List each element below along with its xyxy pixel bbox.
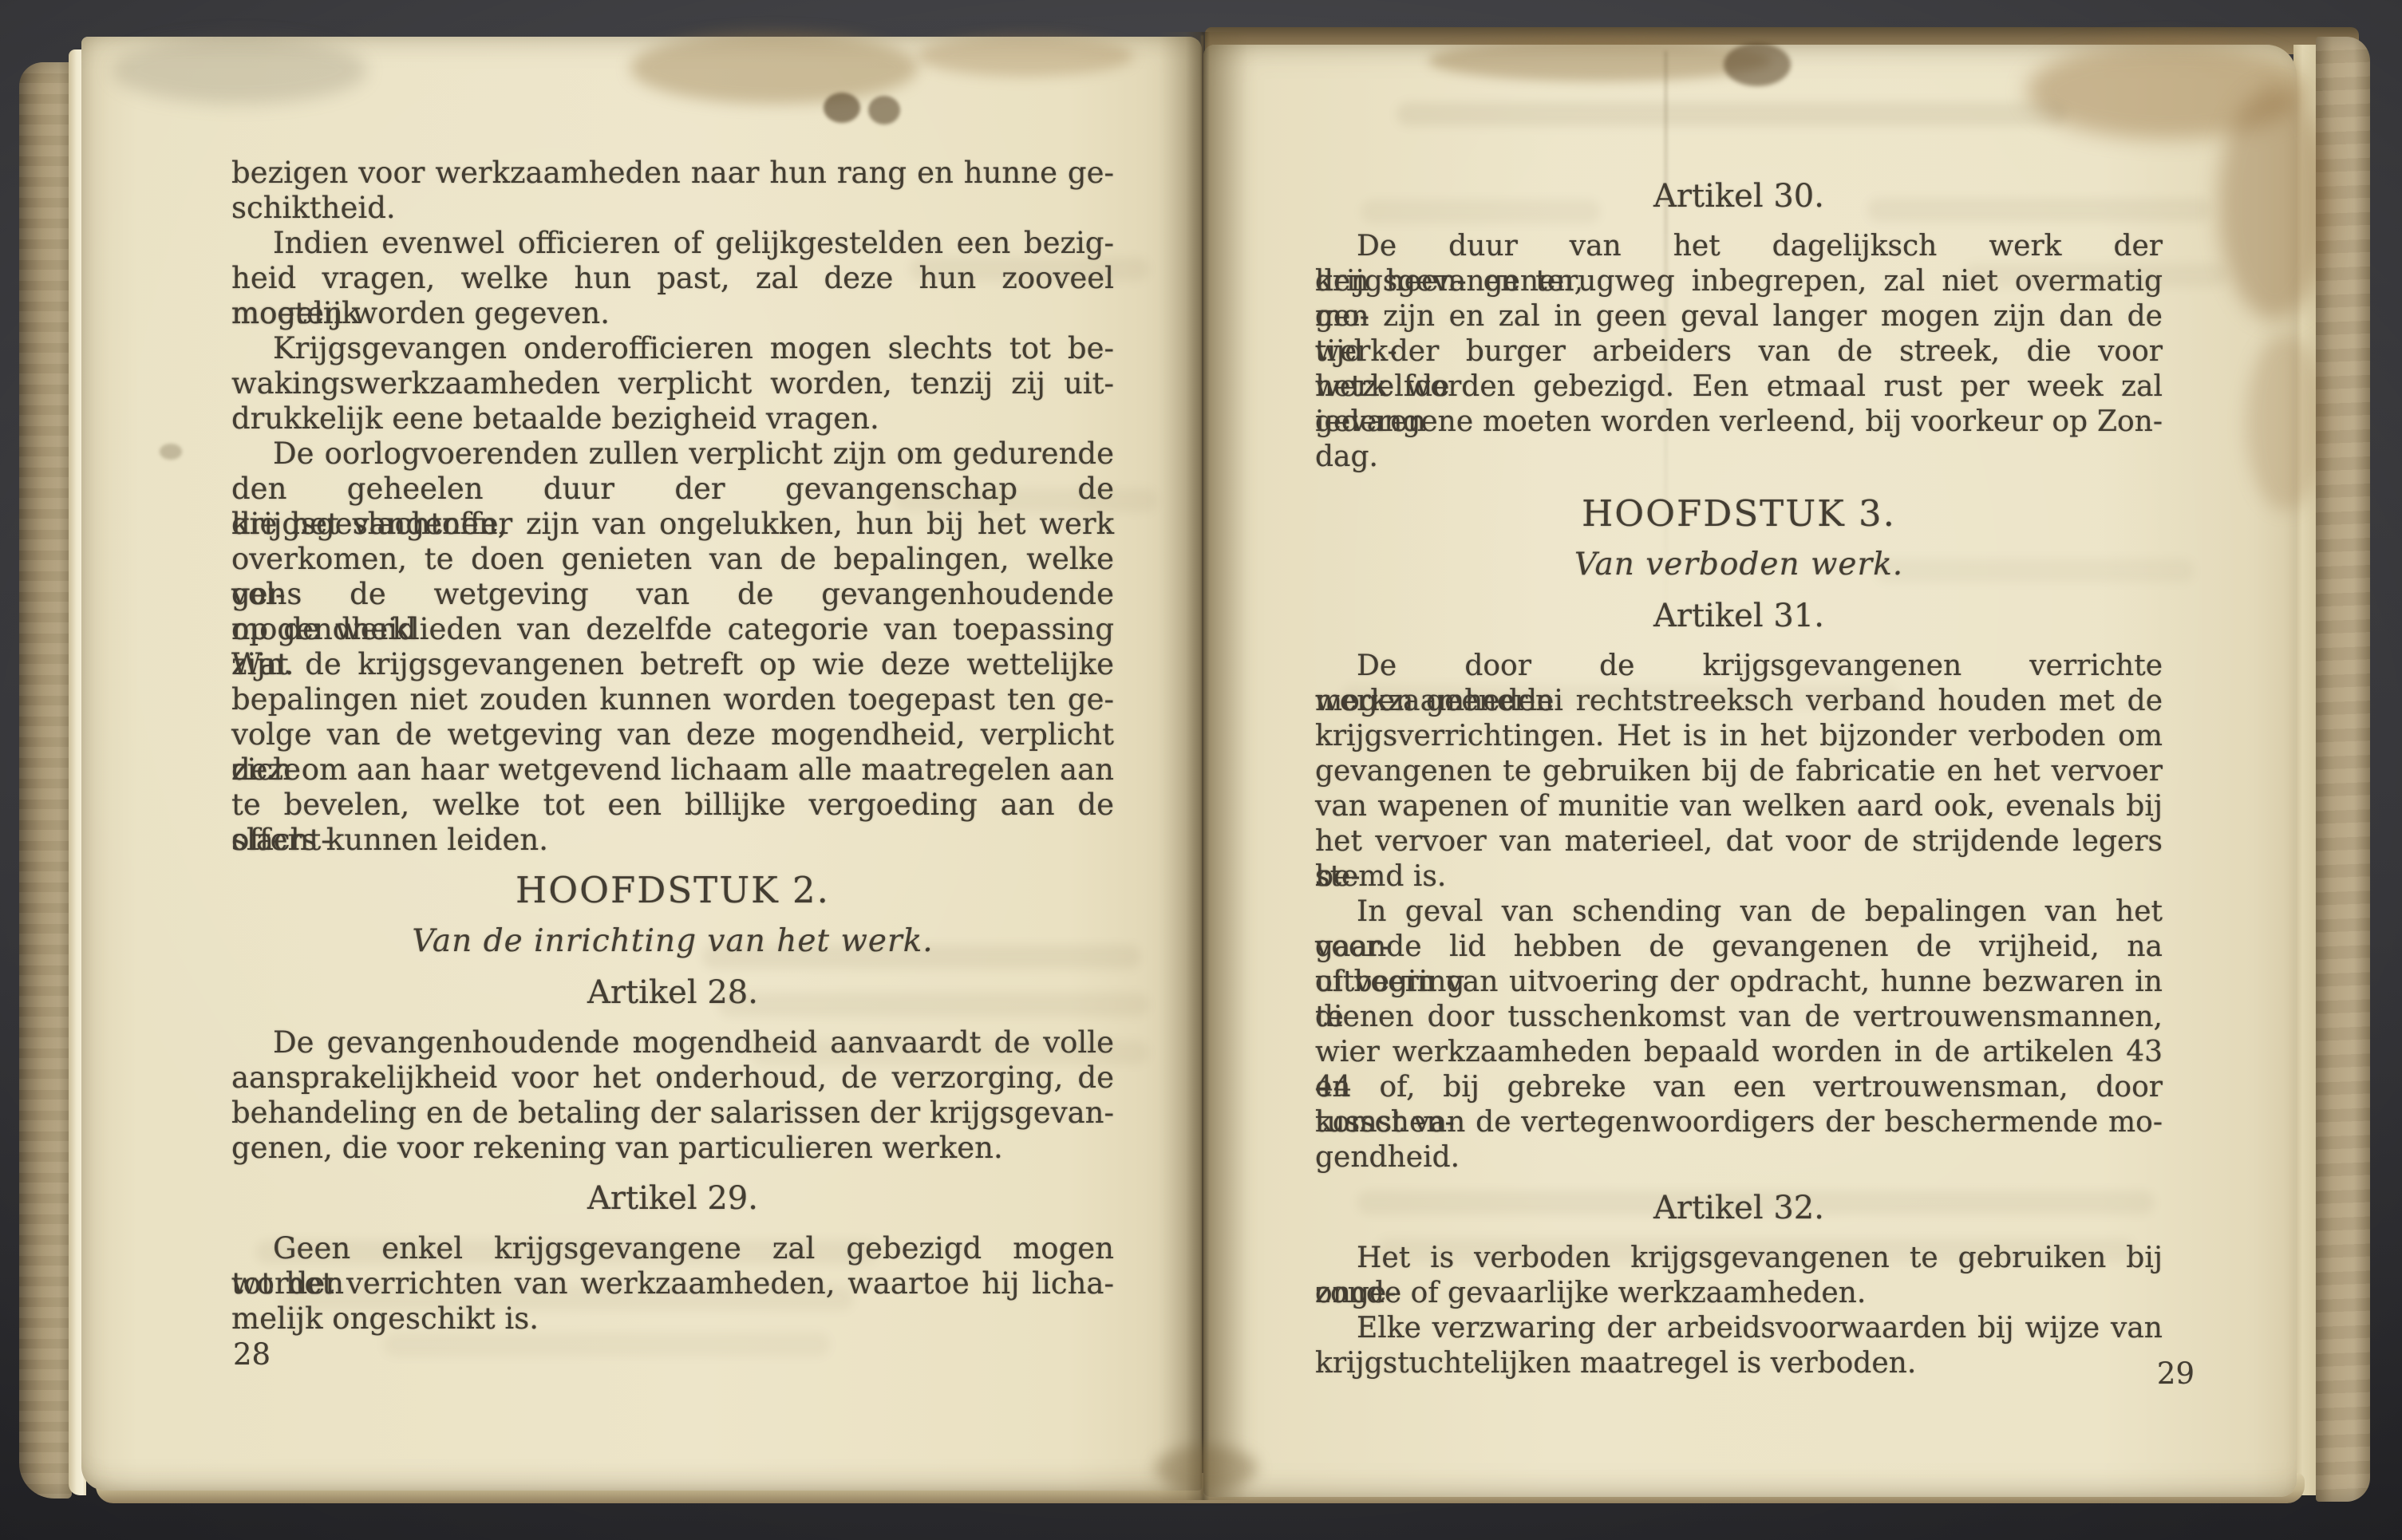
book-fore-edge-left bbox=[19, 62, 72, 1499]
text-line: overkomen, te doen genieten van de bepal… bbox=[231, 542, 1114, 577]
text-line: gendheid. bbox=[1315, 1140, 2163, 1175]
book-cover-edge-right bbox=[2316, 37, 2370, 1502]
text-line: tijd der burger arbeiders van de streek,… bbox=[1315, 334, 2163, 369]
gutter-fold-line bbox=[1201, 35, 1203, 1495]
text-line: 44 of, bij gebreke van een vertrouwensma… bbox=[1315, 1070, 2163, 1105]
left-page-text: bezigen voor werkzaamheden naar hun rang… bbox=[231, 156, 1114, 1337]
paragraph: De gevangenhoudende mogendheid aanvaardt… bbox=[231, 1025, 1114, 1166]
article-heading: Artikel 31. bbox=[1315, 598, 2163, 634]
text-line: schiktheid. bbox=[231, 191, 1114, 226]
text-line: bepalingen niet zouden kunnen worden toe… bbox=[231, 682, 1114, 717]
article-heading: Artikel 29. bbox=[231, 1180, 1114, 1217]
text-line: bezigen voor werkzaamheden naar hun rang… bbox=[231, 156, 1114, 191]
text-line: volge van de wetgeving van deze mogendhe… bbox=[231, 717, 1114, 752]
paragraph: bezigen voor werkzaamheden naar hun rang… bbox=[231, 156, 1114, 226]
text-line: In geval van schending van de bepalingen… bbox=[1315, 894, 2163, 930]
text-line: dienen door tusschenkomst van de vertrou… bbox=[1315, 1000, 2163, 1035]
paragraph: In geval van schending van de bepalingen… bbox=[1315, 894, 2163, 1175]
text-line: dag. bbox=[1315, 440, 2163, 475]
text-line: gaande lid hebben de gevangenen de vrijh… bbox=[1315, 930, 2163, 965]
text-line: aansprakelijkheid voor het onderhoud, de… bbox=[231, 1060, 1114, 1096]
text-line: die het slachtoffer zijn van ongelukken,… bbox=[231, 507, 1114, 542]
text-line: Wat de krijgsgevangenen betreft op wie d… bbox=[231, 647, 1114, 682]
text-line: te bevelen, welke tot een billijke vergo… bbox=[231, 788, 1114, 823]
text-line: zich om aan haar wetgevend lichaam alle … bbox=[231, 752, 1114, 788]
paragraph: Indien evenwel officieren of gelijkgeste… bbox=[231, 226, 1114, 331]
text-line: zonde of gevaarlijke werkzaamheden. bbox=[1315, 1276, 2163, 1311]
article-heading: Artikel 32. bbox=[1315, 1190, 2163, 1226]
text-line: gen zijn en zal in geen geval langer mog… bbox=[1315, 299, 2163, 334]
paragraph: Het is verboden krijgsgevangenen te gebr… bbox=[1315, 1241, 2163, 1311]
page-number-right: 29 bbox=[2043, 1356, 2195, 1391]
text-line: werk worden gebezigd. Een etmaal rust pe… bbox=[1315, 369, 2163, 405]
right-page-text: Artikel 30.De duur van het dagelijksch w… bbox=[1315, 164, 2163, 1381]
text-line: wier werkzaamheden bepaald worden in de … bbox=[1315, 1035, 2163, 1070]
paragraph: Geen enkel krijgsgevangene zal gebezigd … bbox=[231, 1231, 1114, 1337]
text-line: of begin van uitvoering der opdracht, hu… bbox=[1315, 965, 2163, 1000]
book-scan-photo: bezigen voor werkzaamheden naar hun rang… bbox=[0, 0, 2402, 1540]
article-heading: Artikel 30. bbox=[1315, 178, 2163, 215]
section-heading: Van verboden werk. bbox=[1315, 547, 2163, 583]
text-line: Geen enkel krijgsgevangene zal gebezigd … bbox=[231, 1231, 1114, 1266]
text-line: offers kunnen leiden. bbox=[231, 823, 1114, 858]
chapter-heading: HOOFDSTUK 3. bbox=[1315, 494, 2163, 534]
text-line: den geheelen duur der gevangenschap de k… bbox=[231, 472, 1114, 507]
paragraph: Elke verzwaring der arbeidsvoorwaarden b… bbox=[1315, 1311, 2163, 1381]
text-line: mogen geenerlei rechtstreeksch verband h… bbox=[1315, 684, 2163, 719]
text-line: gevangene moeten worden verleend, bij vo… bbox=[1315, 405, 2163, 440]
text-line: genen, die voor rekening van particulier… bbox=[231, 1131, 1114, 1166]
text-line: behandeling en de betaling der salarisse… bbox=[231, 1096, 1114, 1131]
text-line: De gevangenhoudende mogendheid aanvaardt… bbox=[231, 1025, 1114, 1060]
text-line: gevangenen te gebruiken bij de fabricati… bbox=[1315, 754, 2163, 789]
text-line: Krijgsgevangen onderofficieren mogen sle… bbox=[231, 331, 1114, 366]
text-line: den heen- en terugweg inbegrepen, zal ni… bbox=[1315, 264, 2163, 299]
section-heading: Van de inrichting van het werk. bbox=[231, 923, 1114, 960]
text-line: Het is verboden krijgsgevangenen te gebr… bbox=[1315, 1241, 2163, 1276]
paragraph: Krijgsgevangen onderofficieren mogen sle… bbox=[231, 331, 1114, 436]
paragraph: De door de krijgsgevangenen verrichte we… bbox=[1315, 649, 2163, 894]
paragraph: De duur van het dagelijksch werk der kri… bbox=[1315, 229, 2163, 475]
text-line: De door de krijgsgevangenen verrichte we… bbox=[1315, 649, 2163, 684]
text-line: wakingswerkzaamheden verplicht worden, t… bbox=[231, 366, 1114, 401]
paragraph: De oorlogvoerenden zullen verplicht zijn… bbox=[231, 436, 1114, 858]
text-line: De oorlogvoerenden zullen verplicht zijn… bbox=[231, 436, 1114, 472]
text-line: krijgstuchtelijken maatregel is verboden… bbox=[1315, 1346, 2163, 1381]
text-line: Indien evenwel officieren of gelijkgeste… bbox=[231, 226, 1114, 261]
text-line: melijk ongeschikt is. bbox=[231, 1301, 1114, 1337]
gutter-bottom-shadow bbox=[1154, 1446, 1258, 1491]
page-number-left: 28 bbox=[233, 1337, 271, 1372]
text-line: tot het verrichten van werkzaamheden, wa… bbox=[231, 1266, 1114, 1301]
text-line: gens de wetgeving van de gevangenhoudend… bbox=[231, 577, 1114, 612]
text-line: het vervoer van materieel, dat voor de s… bbox=[1315, 824, 2163, 859]
text-line: stemd is. bbox=[1315, 859, 2163, 894]
text-line: op de werklieden van dezelfde categorie … bbox=[231, 612, 1114, 647]
text-line: heid vragen, welke hun past, zal deze hu… bbox=[231, 261, 1114, 296]
text-line: moeten worden gegeven. bbox=[231, 296, 1114, 331]
text-line: drukkelijk eene betaalde bezigheid vrage… bbox=[231, 401, 1114, 436]
text-line: komst van de vertegenwoordigers der besc… bbox=[1315, 1105, 2163, 1140]
text-line: De duur van het dagelijksch werk der kri… bbox=[1315, 229, 2163, 264]
text-line: van wapenen of munitie van welken aard o… bbox=[1315, 789, 2163, 824]
text-line: krijgsverrichtingen. Het is in het bijzo… bbox=[1315, 719, 2163, 754]
text-line: Elke verzwaring der arbeidsvoorwaarden b… bbox=[1315, 1311, 2163, 1346]
article-heading: Artikel 28. bbox=[231, 974, 1114, 1011]
chapter-heading: HOOFDSTUK 2. bbox=[231, 871, 1114, 910]
